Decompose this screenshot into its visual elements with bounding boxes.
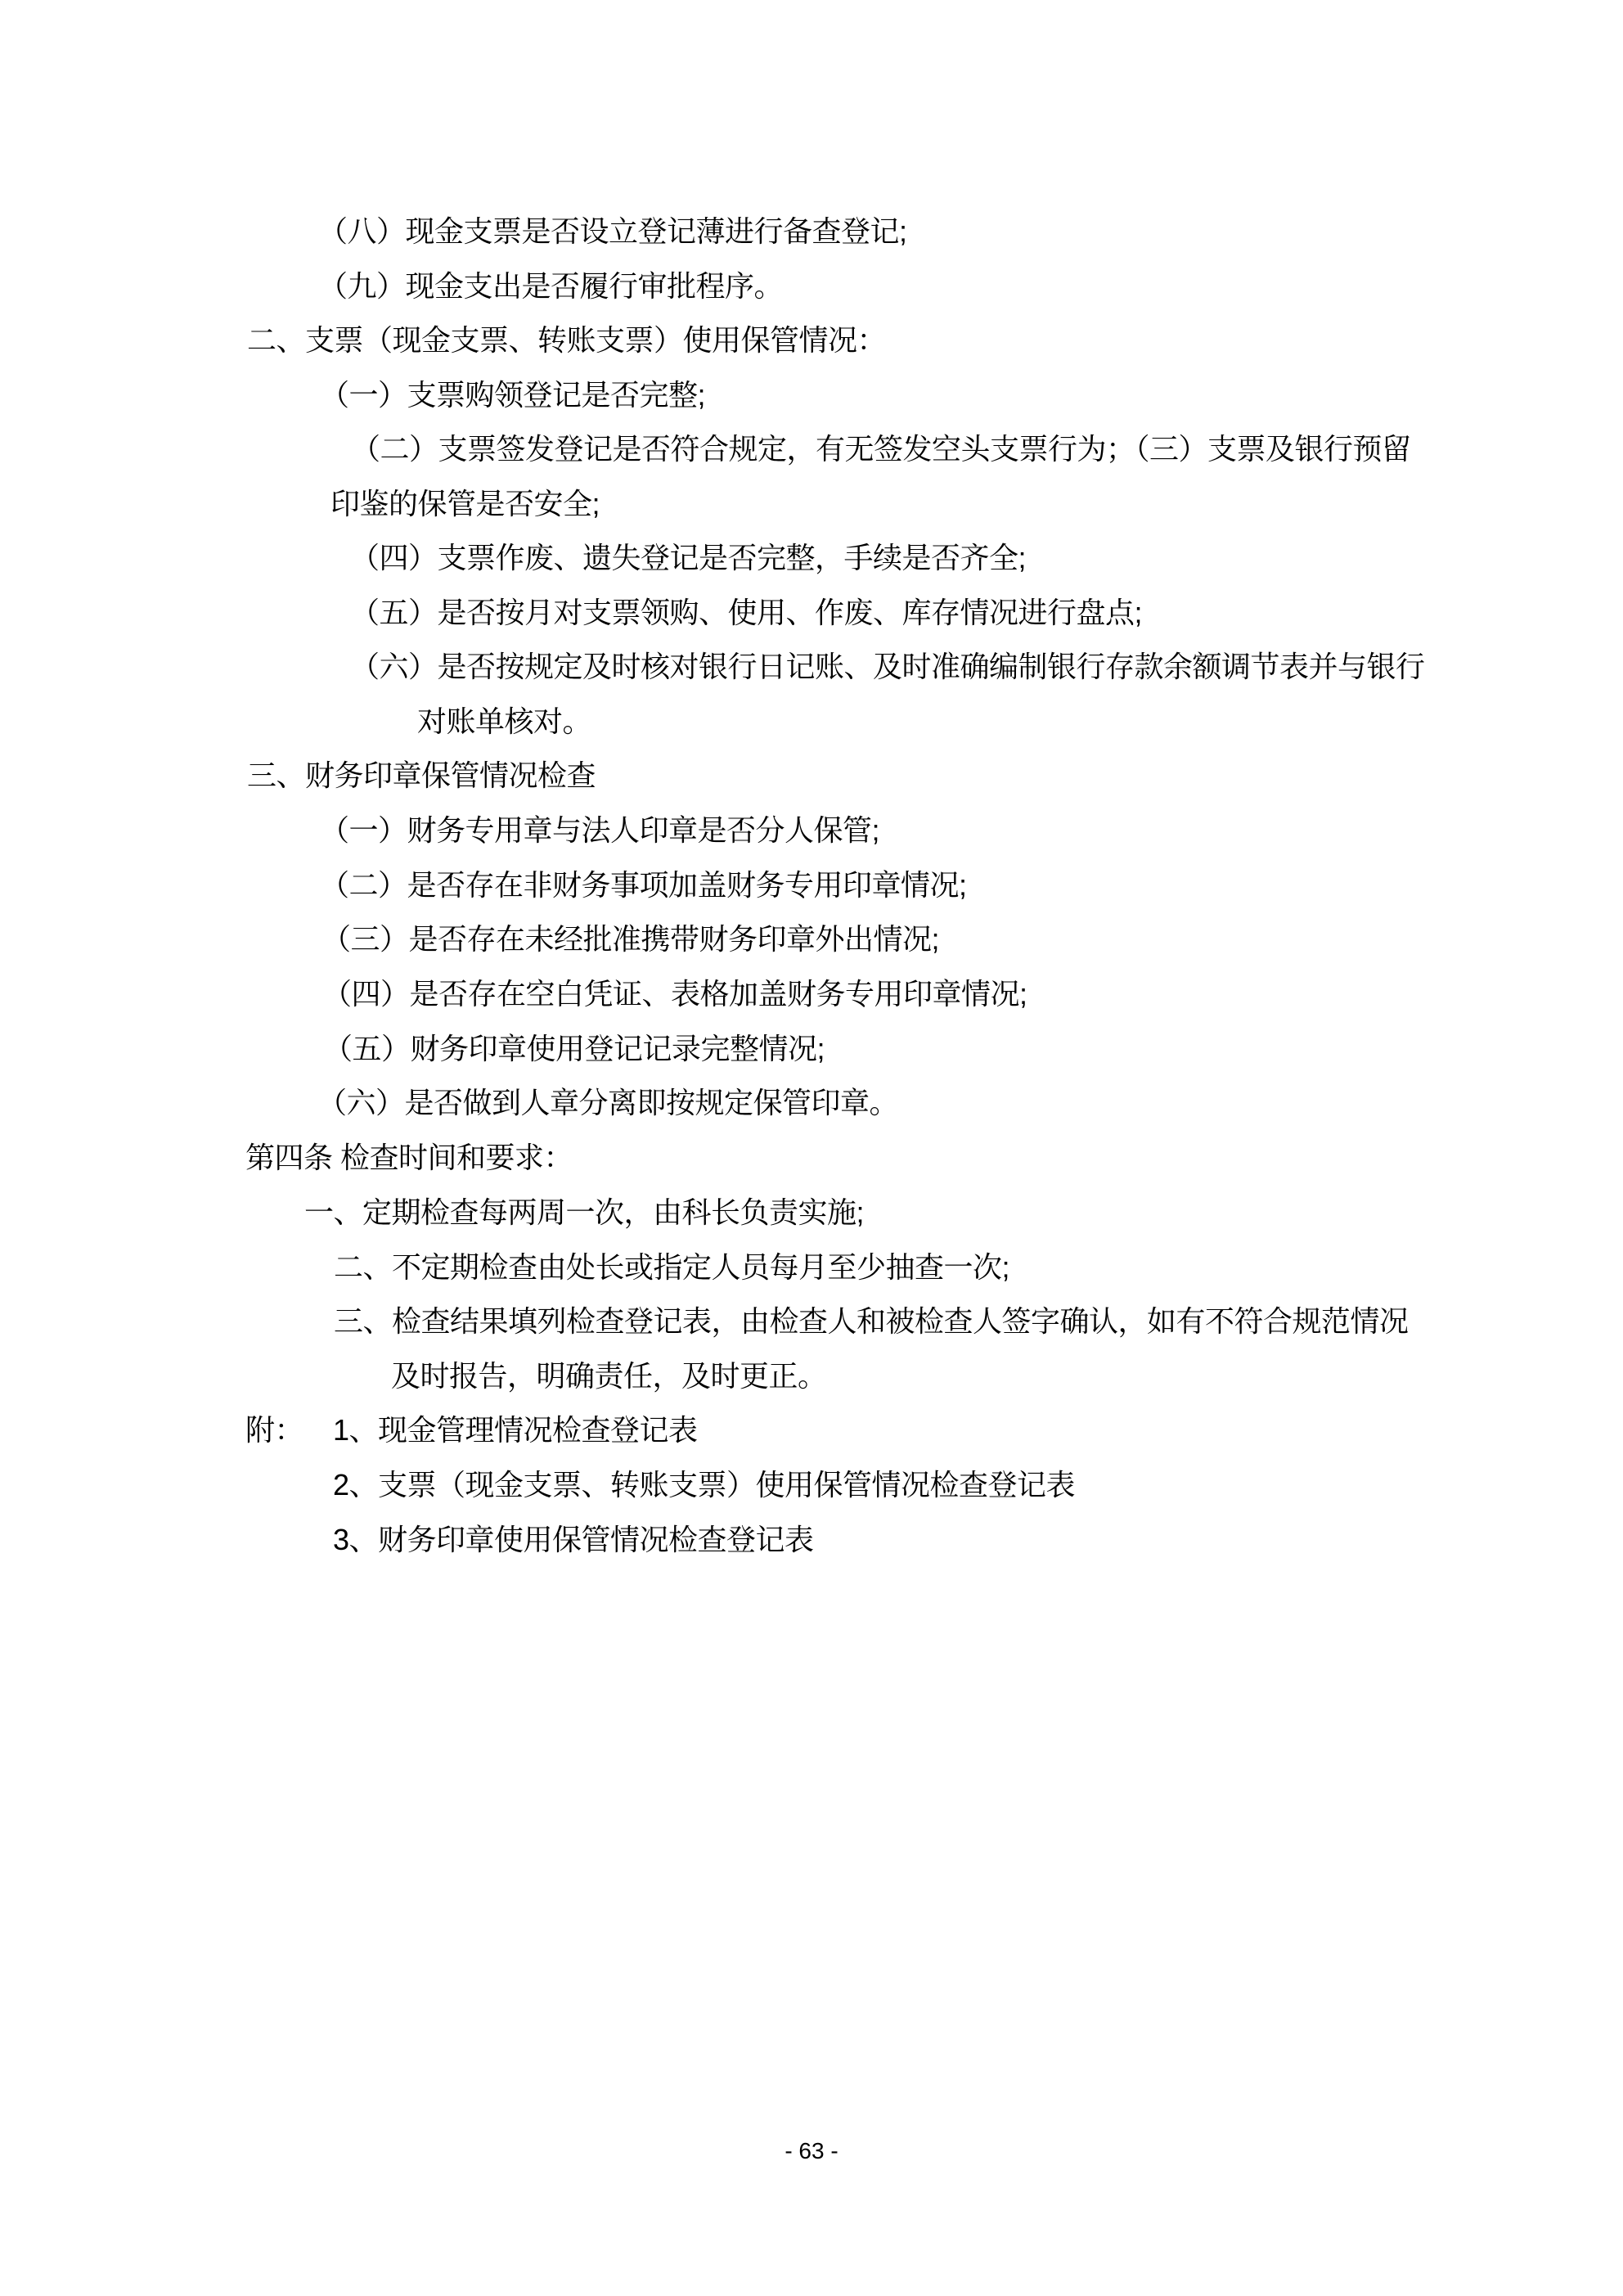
seal-item-1: （一）财务专用章与法人印章是否分人保管; — [320, 813, 879, 849]
seal-item-5: （五）财务印章使用登记记录完整情况; — [323, 1031, 825, 1067]
cash-item-9: （九）现金支出是否履行审批程序。 — [318, 268, 783, 304]
section-2-heading: 二、支票（现金支票、转账支票）使用保管情况： — [247, 322, 886, 358]
cash-item-8: （八）现金支票是否设立登记薄进行备查登记; — [318, 214, 907, 250]
article-4-heading: 第四条 检查时间和要求： — [245, 1140, 573, 1176]
section-3-heading: 三、财务印章保管情况检查 — [247, 758, 596, 794]
cheque-item-4: （四）支票作废、遗失登记是否完整，手续是否齐全; — [350, 540, 1026, 576]
article-4-item-3-cont: 及时报告，明确责任，及时更正。 — [391, 1358, 827, 1394]
article-4-item-2: 二、不定期检查由处长或指定人员每月至少抽查一次; — [334, 1249, 1009, 1285]
article-4-item-1: 一、定期检查每两周一次，由科长负责实施; — [304, 1195, 864, 1231]
cheque-item-6: （六）是否按规定及时核对银行日记账、及时准确编制银行存款余额调节表并与银行 — [350, 649, 1425, 685]
attachment-2: 2、支票（现金支票、转账支票）使用保管情况检查登记表 — [333, 1467, 1075, 1503]
cheque-item-1: （一）支票购领登记是否完整; — [320, 377, 705, 413]
cheque-item-2-3: （二）支票签发登记是否符合规定，有无签发空头支票行为；（三）支票及银行预留 — [351, 431, 1411, 467]
attachment-3: 3、财务印章使用保管情况检查登记表 — [333, 1522, 814, 1558]
seal-item-4: （四）是否存在空白凭证、表格加盖财务专用印章情况; — [322, 976, 1027, 1012]
document-page: （八）现金支票是否设立登记薄进行备查登记; （九）现金支出是否履行审批程序。 二… — [0, 0, 1623, 2296]
cheque-item-5: （五）是否按月对支票领购、使用、作废、库存情况进行盘点; — [350, 595, 1142, 631]
article-4-item-3: 三、检查结果填列检查登记表，由检查人和被检查人签字确认，如有不符合规范情况 — [334, 1303, 1409, 1339]
page-number: - 63 - — [0, 2137, 1623, 2165]
seal-item-6: （六）是否做到人章分离即按规定保管印章。 — [317, 1085, 898, 1121]
cheque-item-6-cont: 对账单核对。 — [417, 704, 591, 740]
seal-item-2: （二）是否存在非财务事项加盖财务专用印章情况; — [320, 867, 967, 903]
seal-item-3: （三）是否存在未经批准携带财务印章外出情况; — [321, 921, 939, 957]
attachments-label: 附： — [245, 1412, 303, 1448]
attachment-1: 1、现金管理情况检查登记表 — [333, 1412, 698, 1448]
cheque-item-3-cont: 印鉴的保管是否安全; — [330, 486, 600, 522]
